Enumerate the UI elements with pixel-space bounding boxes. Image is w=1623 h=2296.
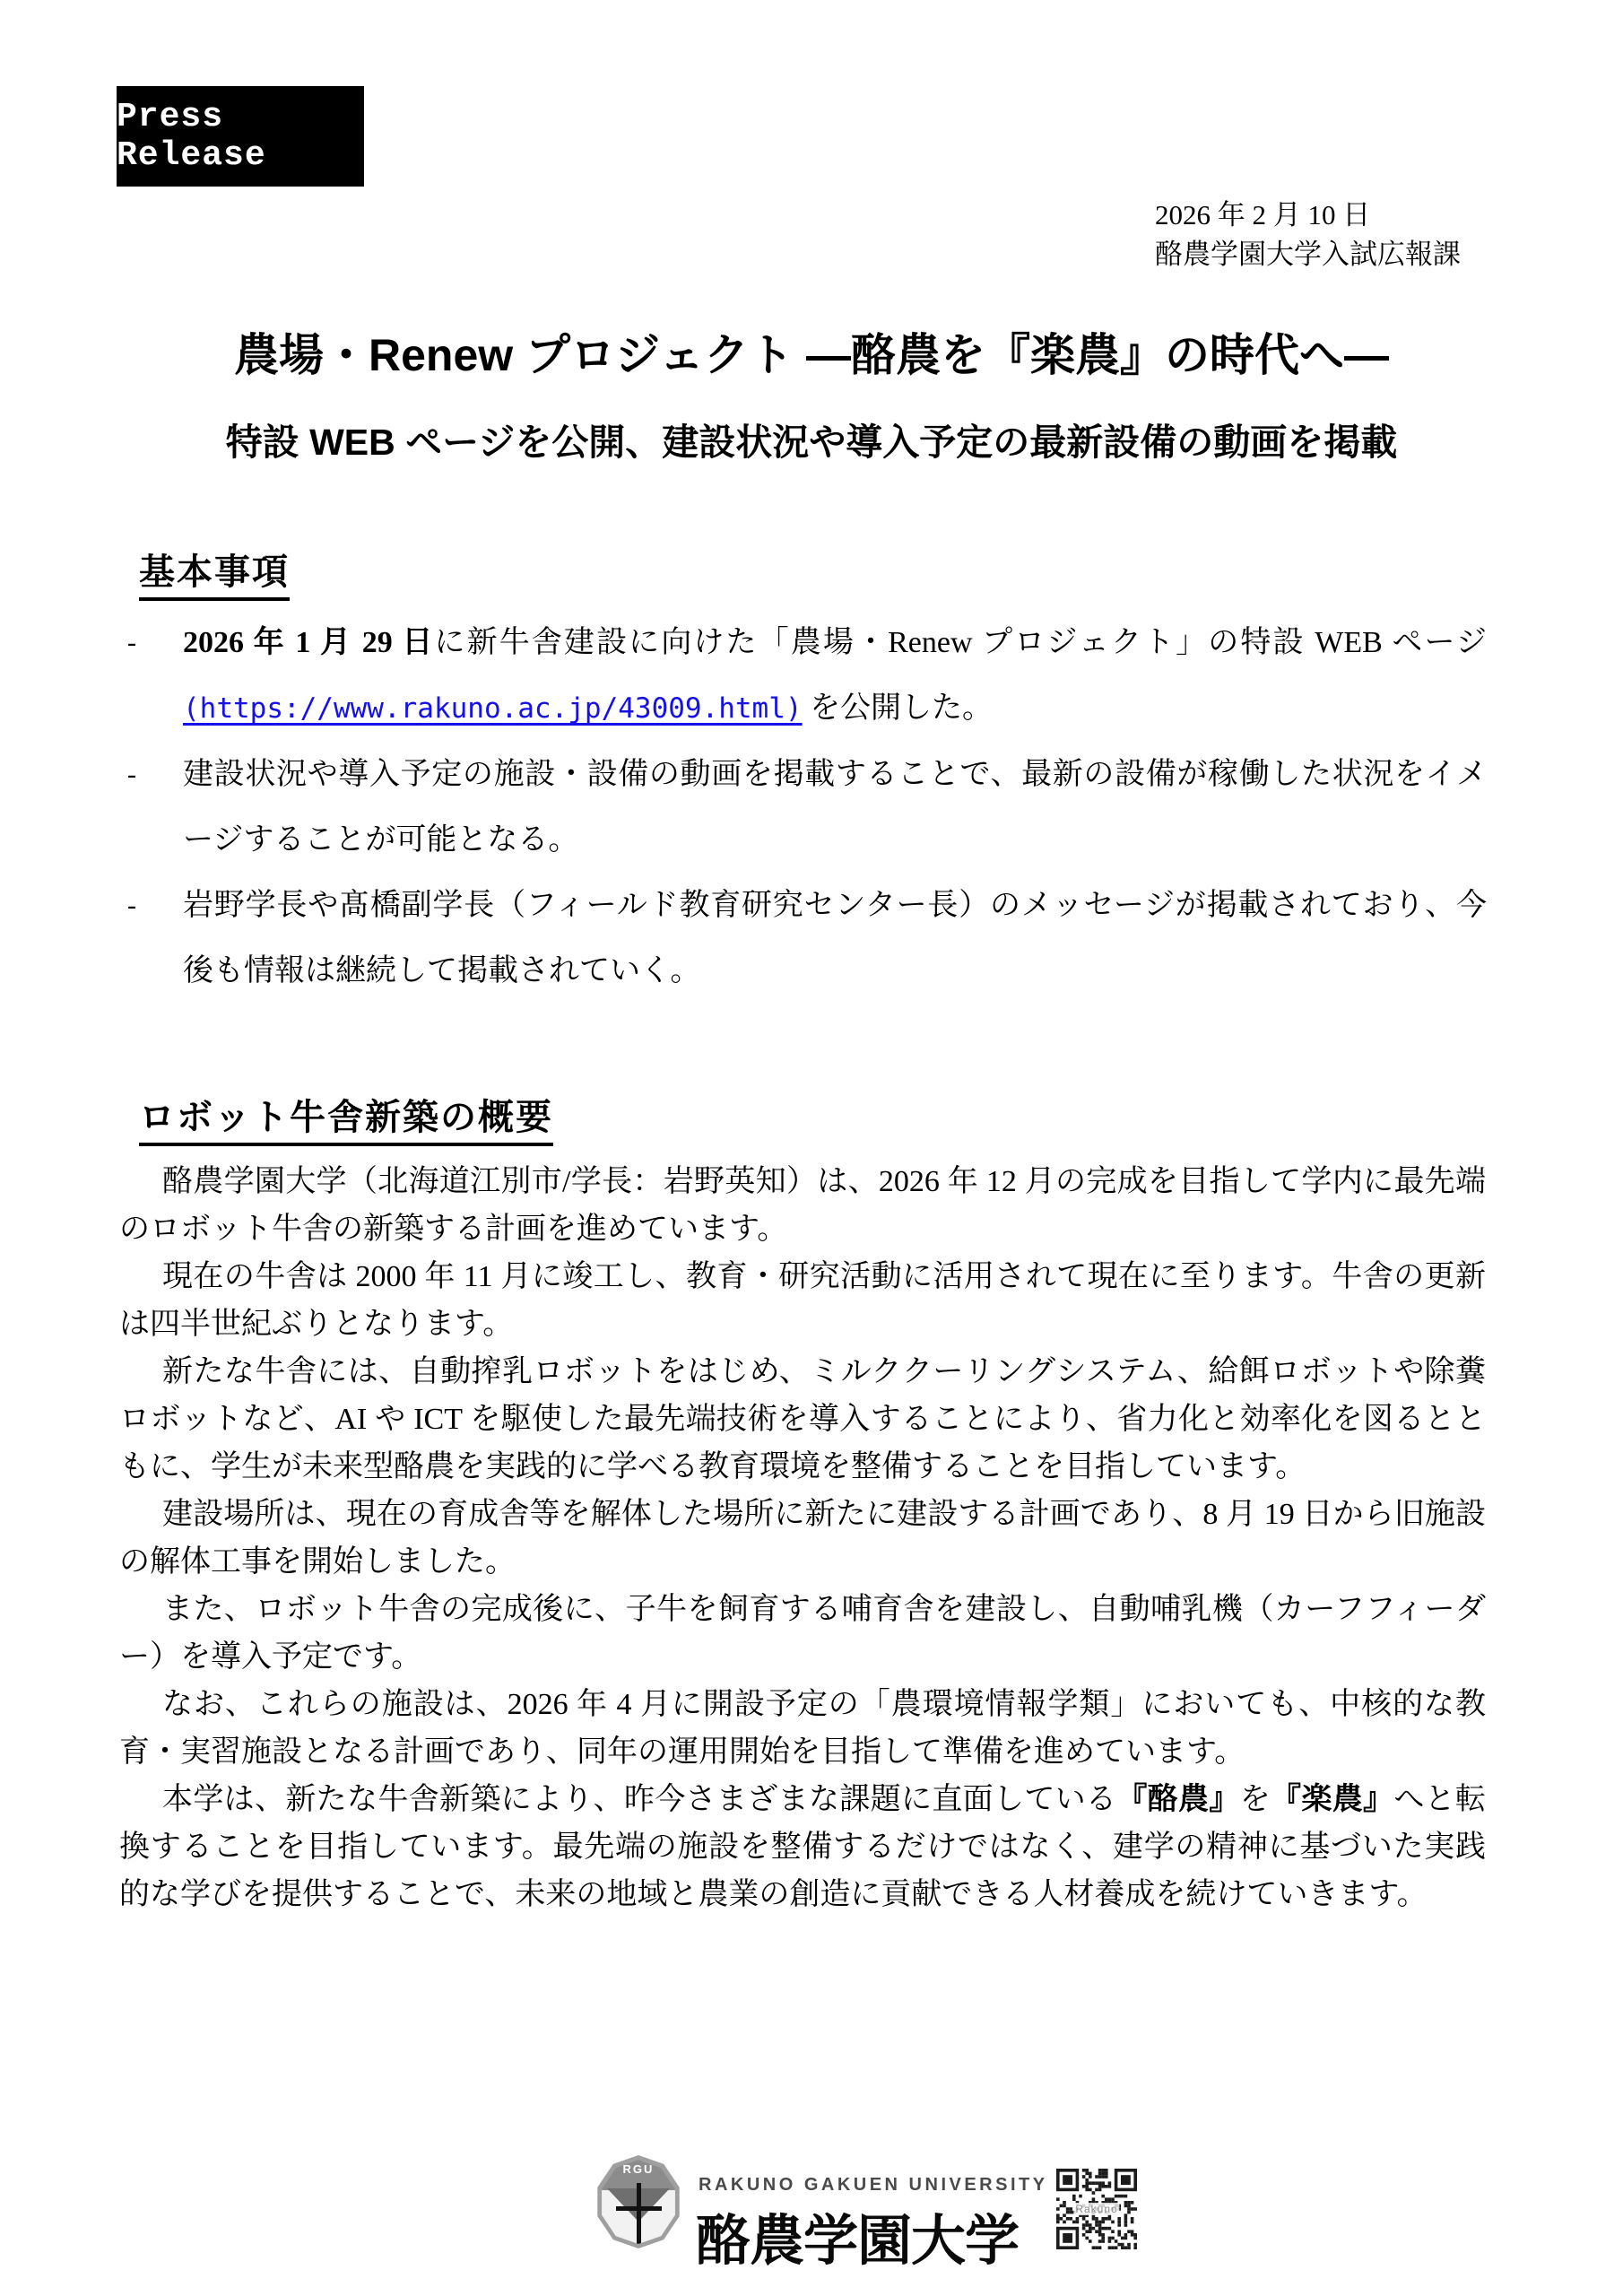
- paragraph: 本学は、新たな牛舎新築により、昨今さまざまな課題に直面している『酪農』を『楽農』…: [119, 1776, 1486, 1918]
- bullet-item: - 2026 年 1 月 29 日に新牛舎建設に向けた「農場・Renew プロジ…: [127, 610, 1487, 742]
- university-name-jp: 酪農学園大学: [696, 2197, 1037, 2275]
- bullet-item: - 建設状況や導入予定の施設・設備の動画を掲載することで、最新の設備が稼働した状…: [127, 742, 1487, 873]
- press-release-page: Press Release 2026 年 2 月 10 日 酪農学園大学入試広報…: [0, 0, 1623, 2296]
- university-emblem: RGU: [595, 2155, 681, 2261]
- qr-code: Rakuno: [1056, 2169, 1137, 2249]
- paragraph: 酪農学園大学（北海道江別市/学長：岩野英知）は、2026 年 12 月の完成を目…: [119, 1158, 1486, 1253]
- press-release-badge: Press Release: [117, 86, 364, 187]
- bullet-marker: -: [127, 610, 183, 742]
- document-title: 農場・Renew プロジェクト ―酪農を『楽農』の時代へ―: [0, 319, 1623, 384]
- special-webpage-link[interactable]: (https://www.rakuno.ac.jp/43009.html): [183, 692, 803, 725]
- paragraph: また、ロボット牛舎の完成後に、子牛を飼育する哺育舎を建設し、自動哺乳機（カーフフ…: [119, 1586, 1486, 1681]
- emblem-seal-icon: RGU: [595, 2155, 681, 2248]
- document-subtitle: 特設 WEB ページを公開、建設状況や導入予定の最新設備の動画を掲載: [0, 413, 1623, 465]
- issuing-department: 酪農学園大学入試広報課: [1155, 235, 1461, 274]
- bullet-item: - 岩野学長や髙橋副学長（フィールド教育研究センター長）のメッセージが掲載されて…: [127, 873, 1487, 1004]
- bullet-marker: -: [127, 742, 183, 873]
- paragraph: なお、これらの施設は、2026 年 4 月に開設予定の「農環境情報学類」において…: [119, 1681, 1486, 1776]
- body-text: 酪農学園大学（北海道江別市/学長：岩野英知）は、2026 年 12 月の完成を目…: [119, 1158, 1486, 1918]
- qr-label: Rakuno: [1073, 2203, 1119, 2215]
- paragraph: 建設場所は、現在の育成舎等を解体した場所に新たに建設する計画であり、8 月 19…: [119, 1491, 1486, 1586]
- release-date: 2026 年 2 月 10 日: [1155, 196, 1461, 235]
- bullet-text: 2026 年 1 月 29 日に新牛舎建設に向けた「農場・Renew プロジェク…: [183, 610, 1487, 742]
- bullet-marker: -: [127, 873, 183, 1004]
- emblem-cross-icon: [637, 2183, 641, 2266]
- basic-bullet-list: - 2026 年 1 月 29 日に新牛舎建設に向けた「農場・Renew プロジ…: [127, 610, 1487, 1004]
- paragraph: 現在の牛舎は 2000 年 11 月に竣工し、教育・研究活動に活用されて現在に至…: [119, 1253, 1486, 1348]
- bullet-text: 建設状況や導入予定の施設・設備の動画を掲載することで、最新の設備が稼働した状況を…: [183, 742, 1487, 873]
- university-name-en: RAKUNO GAKUEN UNIVERSITY: [699, 2175, 1039, 2196]
- section-heading-basic: 基本事項: [139, 544, 290, 601]
- bullet-text: 岩野学長や髙橋副学長（フィールド教育研究センター長）のメッセージが掲載されており…: [183, 873, 1487, 1004]
- emblem-initials: RGU: [600, 2162, 677, 2176]
- footer: RGU RAKUNO GAKUEN UNIVERSITY 酪農学園大学 Raku…: [0, 2148, 1623, 2296]
- paragraph: 新たな牛舎には、自動搾乳ロボットをはじめ、ミルククーリングシステム、給餌ロボット…: [119, 1348, 1486, 1491]
- date-block: 2026 年 2 月 10 日 酪農学園大学入試広報課: [1155, 196, 1461, 274]
- section-heading-overview: ロボット牛舎新築の概要: [139, 1089, 553, 1146]
